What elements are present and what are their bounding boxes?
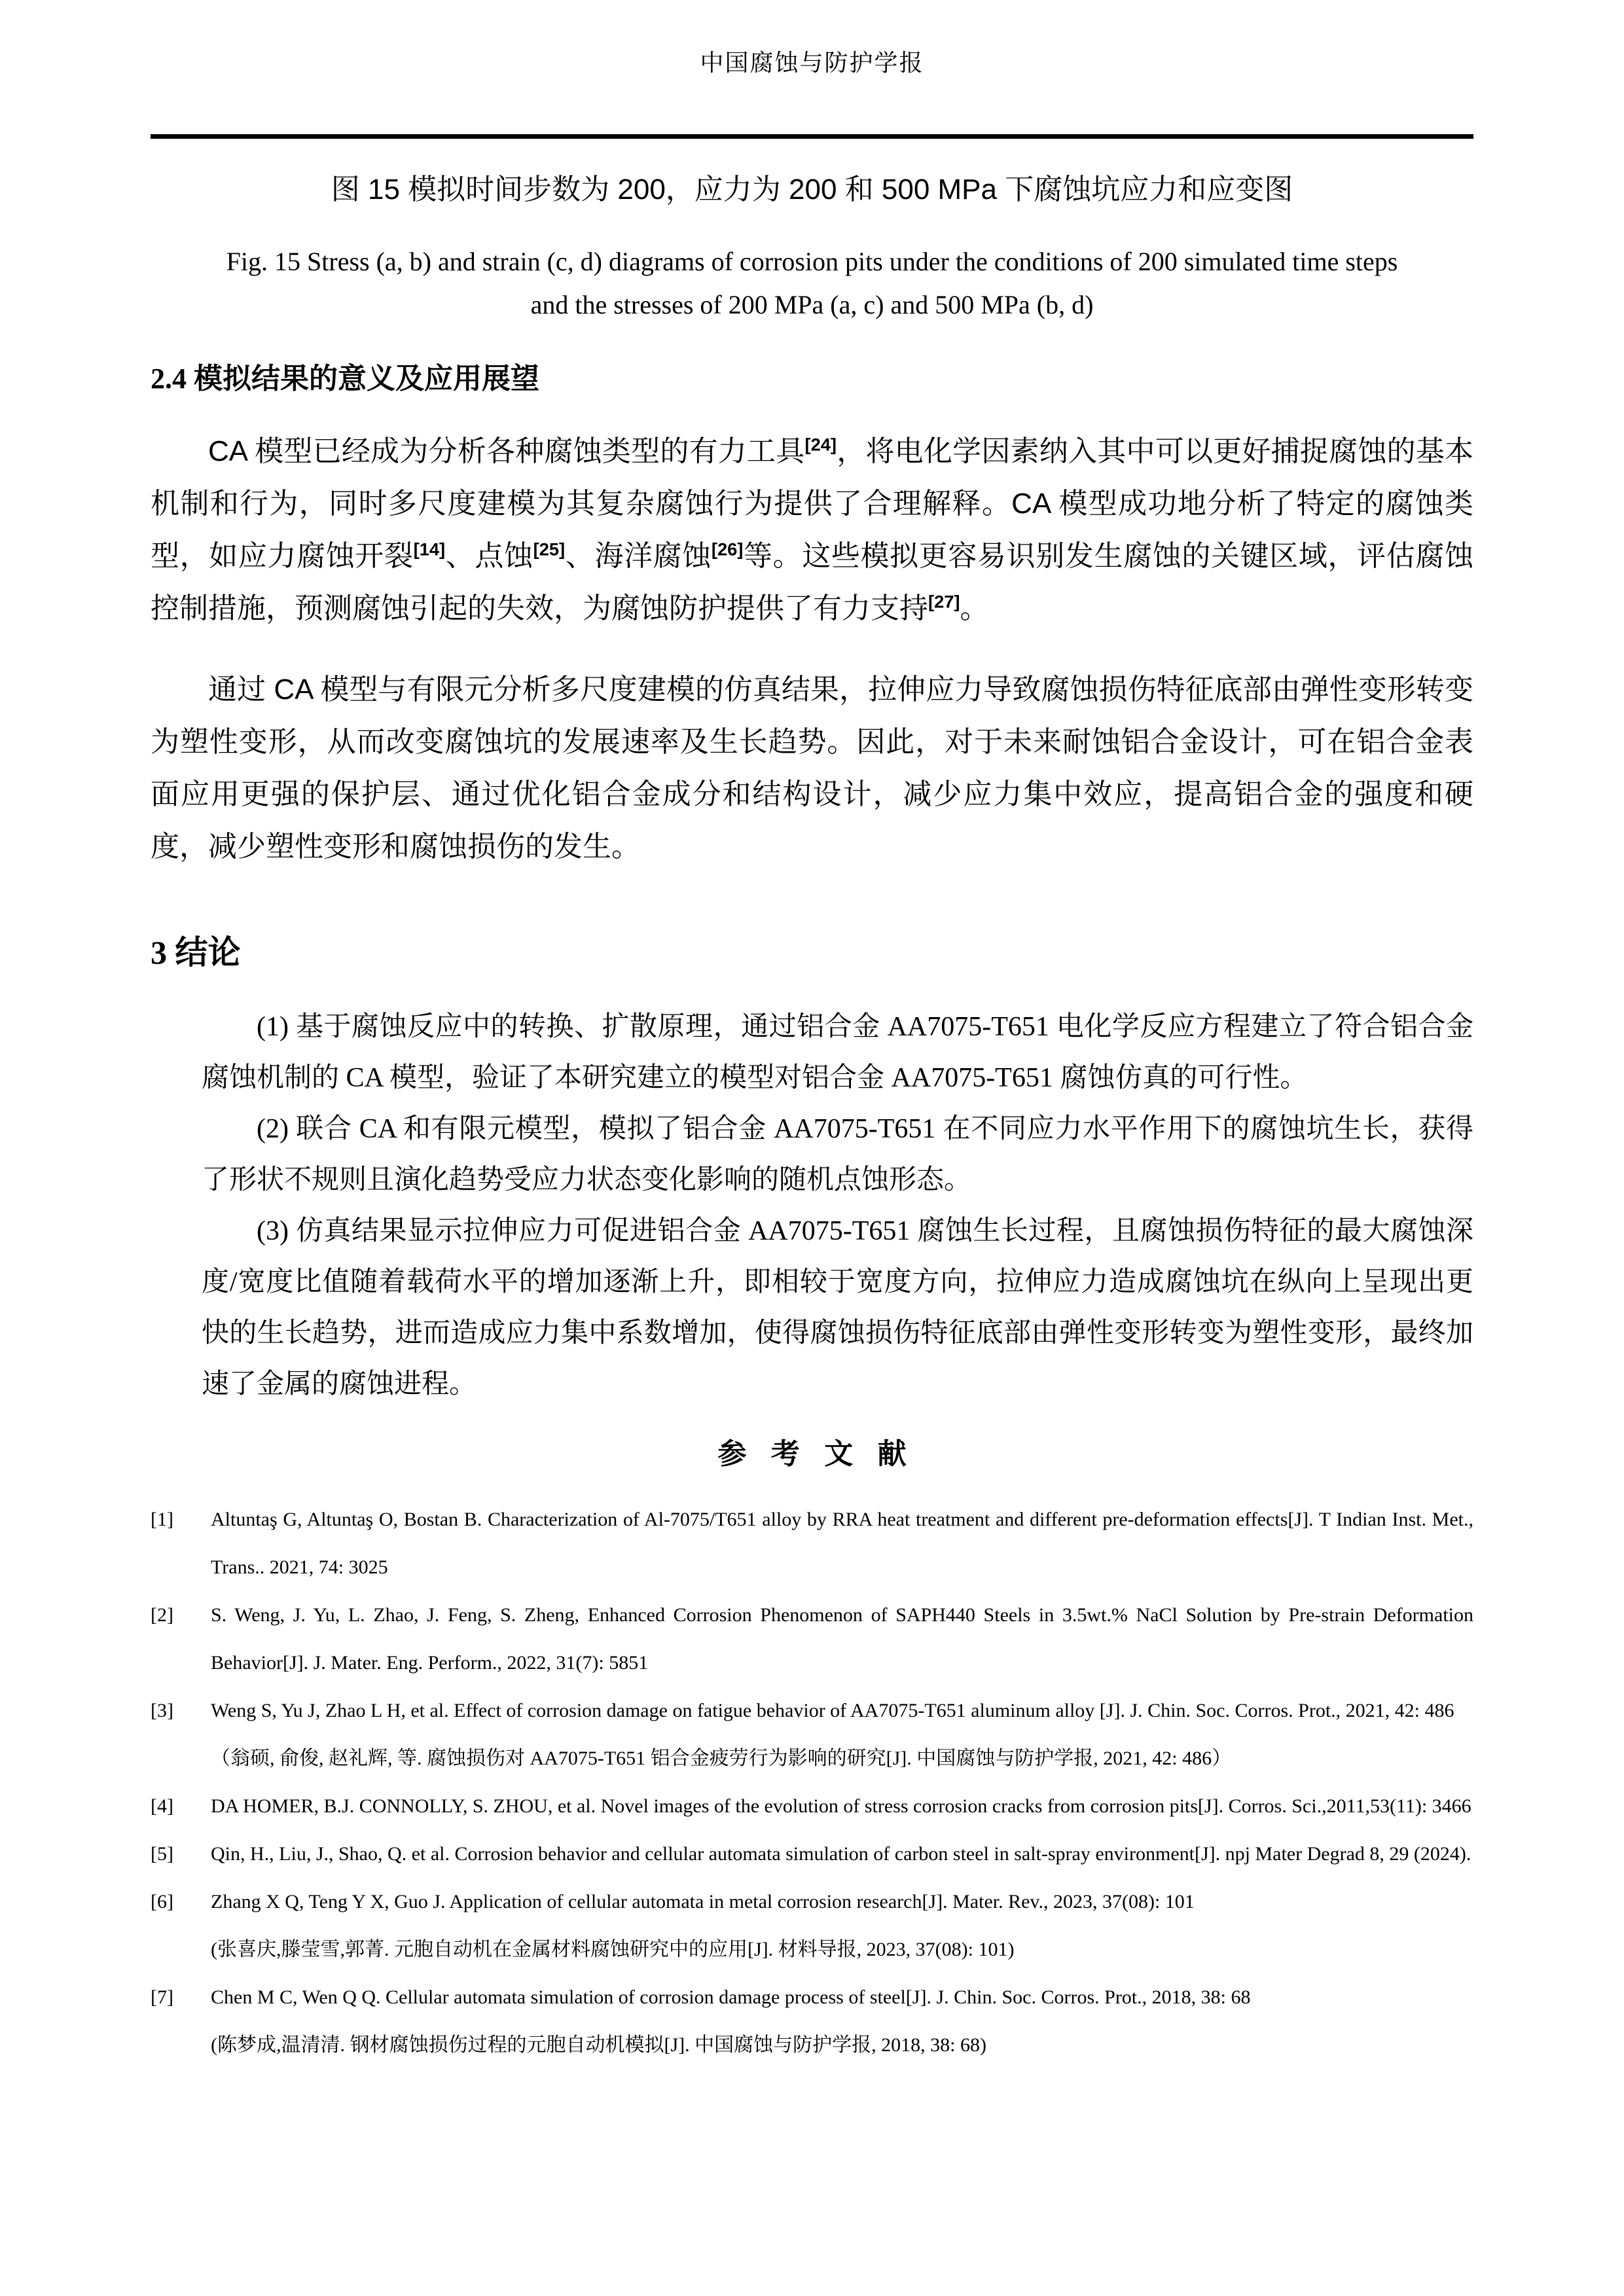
- citation-superscript: [14]: [414, 539, 446, 559]
- citation-superscript: [24]: [804, 434, 837, 454]
- reference-7-chinese-note: (陈梦成,温清清. 钢材腐蚀损伤过程的元胞自动机模拟[J]. 中国腐蚀与防护学报…: [211, 2021, 1473, 2069]
- reference-6-text: Zhang X Q, Teng Y X, Guo J. Application …: [211, 1891, 1195, 1912]
- figure-caption-zh: 图 15 模拟时间步数为 200，应力为 200 和 500 MPa 下腐蚀坑应…: [151, 171, 1473, 207]
- conclusions-block: (1) 基于腐蚀反应中的转换、扩散原理，通过铝合金 AA7075-T651 电化…: [151, 1001, 1473, 1410]
- reference-1-text: Altuntaş G, Altuntaş O, Bostan B. Charac…: [211, 1509, 1473, 1578]
- references-list: [1] Altuntaş G, Altuntaş O, Bostan B. Ch…: [151, 1496, 1473, 2069]
- figure-caption-en-line2: and the stresses of 200 MPa (a, c) and 5…: [151, 283, 1473, 327]
- journal-title: 中国腐蚀与防护学报: [151, 49, 1473, 77]
- conclusion-item-2: (2) 联合 CA 和有限元模型，模拟了铝合金 AA7075-T651 在不同应…: [202, 1103, 1473, 1206]
- reference-1-number: [1]: [151, 1496, 173, 1543]
- conclusion-item-3: (3) 仿真结果显示拉伸应力可促进铝合金 AA7075-T651 腐蚀生长过程，…: [202, 1206, 1473, 1410]
- reference-3-number: [3]: [151, 1687, 173, 1734]
- citation-superscript: [27]: [928, 591, 960, 611]
- reference-4-text: DA HOMER, B.J. CONNOLLY, S. ZHOU, et al.…: [211, 1795, 1471, 1817]
- section-2-4-heading: 2.4 模拟结果的意义及应用展望: [151, 361, 1473, 397]
- paper-page: 中国腐蚀与防护学报 图 15 模拟时间步数为 200，应力为 200 和 500…: [0, 0, 1624, 2296]
- figure-caption-en-line1: Fig. 15 Stress (a, b) and strain (c, d) …: [151, 240, 1473, 283]
- citation-superscript: [26]: [712, 539, 744, 559]
- header-divider: [151, 134, 1473, 139]
- citation-superscript: [25]: [533, 539, 566, 559]
- reference-7: [7] Chen M C, Wen Q Q. Cellular automata…: [151, 1973, 1473, 2069]
- reference-3: [3] Weng S, Yu J, Zhao L H, et al. Effec…: [151, 1687, 1473, 1782]
- reference-4-number: [4]: [151, 1782, 173, 1830]
- reference-1: [1] Altuntaş G, Altuntaş O, Bostan B. Ch…: [151, 1496, 1473, 1591]
- reference-3-chinese-note: （翁硕, 俞俊, 赵礼辉, 等. 腐蚀损伤对 AA7075-T651 铝合金疲劳…: [211, 1734, 1473, 1782]
- figure-caption-en: Fig. 15 Stress (a, b) and strain (c, d) …: [151, 240, 1473, 327]
- reference-2-text: S. Weng, J. Yu, L. Zhao, J. Feng, S. Zhe…: [211, 1604, 1473, 1674]
- section-3-heading: 3 结论: [151, 932, 1473, 973]
- reference-5-number: [5]: [151, 1830, 173, 1878]
- section-2-4-paragraph-2: 通过 CA 模型与有限元分析多尺度建模的仿真结果，拉伸应力导致腐蚀损伤特征底部由…: [151, 664, 1473, 873]
- reference-3-text: Weng S, Yu J, Zhao L H, et al. Effect of…: [211, 1700, 1454, 1721]
- reference-7-text: Chen M C, Wen Q Q. Cellular automata sim…: [211, 1986, 1250, 2008]
- reference-2-number: [2]: [151, 1591, 173, 1639]
- reference-4: [4] DA HOMER, B.J. CONNOLLY, S. ZHOU, et…: [151, 1782, 1473, 1830]
- reference-5-text: Qin, H., Liu, J., Shao, Q. et al. Corros…: [211, 1843, 1471, 1865]
- conclusion-item-1: (1) 基于腐蚀反应中的转换、扩散原理，通过铝合金 AA7075-T651 电化…: [202, 1001, 1473, 1103]
- references-heading: 参考文献: [151, 1436, 1473, 1472]
- reference-7-number: [7]: [151, 1973, 173, 2021]
- reference-5: [5] Qin, H., Liu, J., Shao, Q. et al. Co…: [151, 1830, 1473, 1878]
- reference-2: [2] S. Weng, J. Yu, L. Zhao, J. Feng, S.…: [151, 1591, 1473, 1687]
- reference-6: [6] Zhang X Q, Teng Y X, Guo J. Applicat…: [151, 1878, 1473, 1973]
- section-2-4-paragraph-1: CA 模型已经成为分析各种腐蚀类型的有力工具[24]，将电化学因素纳入其中可以更…: [151, 425, 1473, 635]
- reference-6-number: [6]: [151, 1878, 173, 1926]
- reference-6-chinese-note: (张喜庆,滕莹雪,郭菁. 元胞自动机在金属材料腐蚀研究中的应用[J]. 材料导报…: [211, 1926, 1473, 1973]
